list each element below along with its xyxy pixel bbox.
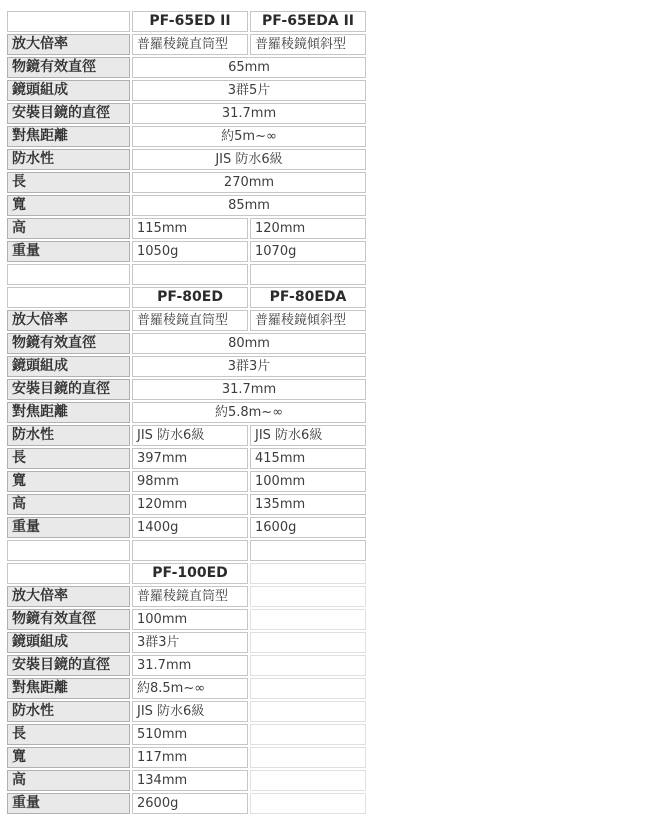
spec-row-label: 鏡頭組成 [7,632,130,653]
spec-row: 寬98mm100mm [7,471,366,492]
spacer-row [7,264,366,285]
spec-value-cell: 普羅稜鏡直筒型 [132,586,248,607]
spec-row: 防水性JIS 防水6級 [7,149,366,170]
spec-value-cell: 100mm [132,609,248,630]
pf80-header-row: PF-80EDPF-80EDA [7,287,366,308]
spec-value-cell: 普羅稜鏡直筒型 [132,310,248,331]
spec-value-cell: JIS 防水6級 [132,701,248,722]
spec-row-label: 防水性 [7,149,130,170]
spec-row-label: 物鏡有效直徑 [7,333,130,354]
spec-row-label: 安裝目鏡的直徑 [7,655,130,676]
spec-row-label: 放大倍率 [7,586,130,607]
spacer-cell [7,540,130,561]
spec-value-cell: 1400g [132,517,248,538]
pf100-header-row: PF-100ED [7,563,366,584]
spec-row: 高115mm120mm [7,218,366,239]
spec-row-label: 重量 [7,241,130,262]
spec-value-cell: 3群3片 [132,356,366,377]
spec-row: 長397mm415mm [7,448,366,469]
model-name-header: PF-65EDA II [250,11,366,32]
spec-row: 物鏡有效直徑80mm [7,333,366,354]
model-name-header: PF-100ED [132,563,248,584]
spec-row-label: 安裝目鏡的直徑 [7,379,130,400]
spec-row-label: 安裝目鏡的直徑 [7,103,130,124]
spec-value-cell: 135mm [250,494,366,515]
spec-row-label: 高 [7,770,130,791]
spacer-row [7,540,366,561]
spec-value-cell: 100mm [250,471,366,492]
spec-row: 放大倍率普羅稜鏡直筒型 [7,586,366,607]
spec-row: 安裝目鏡的直徑31.7mm [7,103,366,124]
spec-value-cell: 120mm [132,494,248,515]
spec-row: 放大倍率普羅稜鏡直筒型普羅稜鏡傾斜型 [7,34,366,55]
empty-column-cell [250,586,366,607]
spec-value-cell: 31.7mm [132,103,366,124]
spec-row-label: 對焦距離 [7,402,130,423]
spec-value-cell: 1070g [250,241,366,262]
spec-row: 物鏡有效直徑65mm [7,57,366,78]
spec-value-cell: 65mm [132,57,366,78]
spec-row: 寬85mm [7,195,366,216]
spec-value-cell: JIS 防水6級 [132,425,248,446]
spec-table-body: PF-65ED IIPF-65EDA II放大倍率普羅稜鏡直筒型普羅稜鏡傾斜型物… [7,11,366,814]
empty-column-cell [250,793,366,814]
spec-row-label: 對焦距離 [7,126,130,147]
spec-row-label: 對焦距離 [7,678,130,699]
spec-row-label: 鏡頭組成 [7,80,130,101]
spec-row: 寬117mm [7,747,366,768]
spec-row-label: 重量 [7,793,130,814]
spec-row: 重量1400g1600g [7,517,366,538]
spec-value-cell: 115mm [132,218,248,239]
spacer-cell [250,264,366,285]
empty-column-cell [250,655,366,676]
spec-row: 鏡頭組成3群3片 [7,356,366,377]
spec-row: 防水性JIS 防水6級JIS 防水6級 [7,425,366,446]
spec-row-label: 重量 [7,517,130,538]
spec-value-cell: 普羅稜鏡直筒型 [132,34,248,55]
spec-row: 高134mm [7,770,366,791]
spec-row-label: 長 [7,172,130,193]
empty-column-cell [250,632,366,653]
corner-cell [7,287,130,308]
spec-row-label: 寬 [7,471,130,492]
spec-value-cell: 510mm [132,724,248,745]
spec-value-cell: 約5m~∞ [132,126,366,147]
spec-row: 對焦距離約5m~∞ [7,126,366,147]
spec-value-cell: 80mm [132,333,366,354]
spec-row-label: 寬 [7,747,130,768]
model-name-header: PF-65ED II [132,11,248,32]
empty-column-cell [250,701,366,722]
spacer-cell [250,540,366,561]
spec-value-cell: JIS 防水6級 [132,149,366,170]
empty-column-cell [250,724,366,745]
spec-row: 長270mm [7,172,366,193]
spec-row-label: 高 [7,218,130,239]
empty-column-cell [250,770,366,791]
spec-value-cell: 約8.5m~∞ [132,678,248,699]
spacer-cell [132,264,248,285]
spec-row-label: 長 [7,724,130,745]
spec-row: 重量1050g1070g [7,241,366,262]
spec-row: 重量2600g [7,793,366,814]
pf65-header-row: PF-65ED IIPF-65EDA II [7,11,366,32]
page: PF-65ED IIPF-65EDA II放大倍率普羅稜鏡直筒型普羅稜鏡傾斜型物… [0,0,650,816]
spec-value-cell: 3群3片 [132,632,248,653]
spec-row: 鏡頭組成3群5片 [7,80,366,101]
model-name-header: PF-80ED [132,287,248,308]
spec-row: 物鏡有效直徑100mm [7,609,366,630]
spec-row-label: 寬 [7,195,130,216]
empty-column-cell [250,563,366,584]
empty-column-cell [250,609,366,630]
spec-row-label: 長 [7,448,130,469]
spec-row: 對焦距離約8.5m~∞ [7,678,366,699]
spec-value-cell: 31.7mm [132,379,366,400]
spec-row: 高120mm135mm [7,494,366,515]
spec-value-cell: 120mm [250,218,366,239]
corner-cell [7,11,130,32]
spec-row: 安裝目鏡的直徑31.7mm [7,655,366,676]
spec-row: 放大倍率普羅稜鏡直筒型普羅稜鏡傾斜型 [7,310,366,331]
spec-value-cell: 2600g [132,793,248,814]
spec-row: 安裝目鏡的直徑31.7mm [7,379,366,400]
spec-row: 防水性JIS 防水6級 [7,701,366,722]
spec-row: 鏡頭組成3群3片 [7,632,366,653]
spec-value-cell: 98mm [132,471,248,492]
empty-column-cell [250,678,366,699]
spec-value-cell: 普羅稜鏡傾斜型 [250,34,366,55]
spec-value-cell: 3群5片 [132,80,366,101]
spec-value-cell: 31.7mm [132,655,248,676]
spec-value-cell: 415mm [250,448,366,469]
spec-row-label: 鏡頭組成 [7,356,130,377]
model-name-header: PF-80EDA [250,287,366,308]
spec-row-label: 放大倍率 [7,310,130,331]
spec-value-cell: 85mm [132,195,366,216]
spec-value-cell: 1050g [132,241,248,262]
spec-row: 對焦距離約5.8m~∞ [7,402,366,423]
spec-table: PF-65ED IIPF-65EDA II放大倍率普羅稜鏡直筒型普羅稜鏡傾斜型物… [5,9,368,816]
spec-value-cell: 270mm [132,172,366,193]
spec-row: 長510mm [7,724,366,745]
spec-value-cell: 約5.8m~∞ [132,402,366,423]
spec-value-cell: JIS 防水6級 [250,425,366,446]
spec-value-cell: 134mm [132,770,248,791]
spec-row-label: 防水性 [7,701,130,722]
spec-row-label: 放大倍率 [7,34,130,55]
spacer-cell [132,540,248,561]
corner-cell [7,563,130,584]
empty-column-cell [250,747,366,768]
spec-value-cell: 普羅稜鏡傾斜型 [250,310,366,331]
spec-value-cell: 397mm [132,448,248,469]
spec-row-label: 物鏡有效直徑 [7,609,130,630]
spacer-cell [7,264,130,285]
spec-row-label: 高 [7,494,130,515]
spec-row-label: 物鏡有效直徑 [7,57,130,78]
spec-value-cell: 117mm [132,747,248,768]
spec-value-cell: 1600g [250,517,366,538]
spec-row-label: 防水性 [7,425,130,446]
